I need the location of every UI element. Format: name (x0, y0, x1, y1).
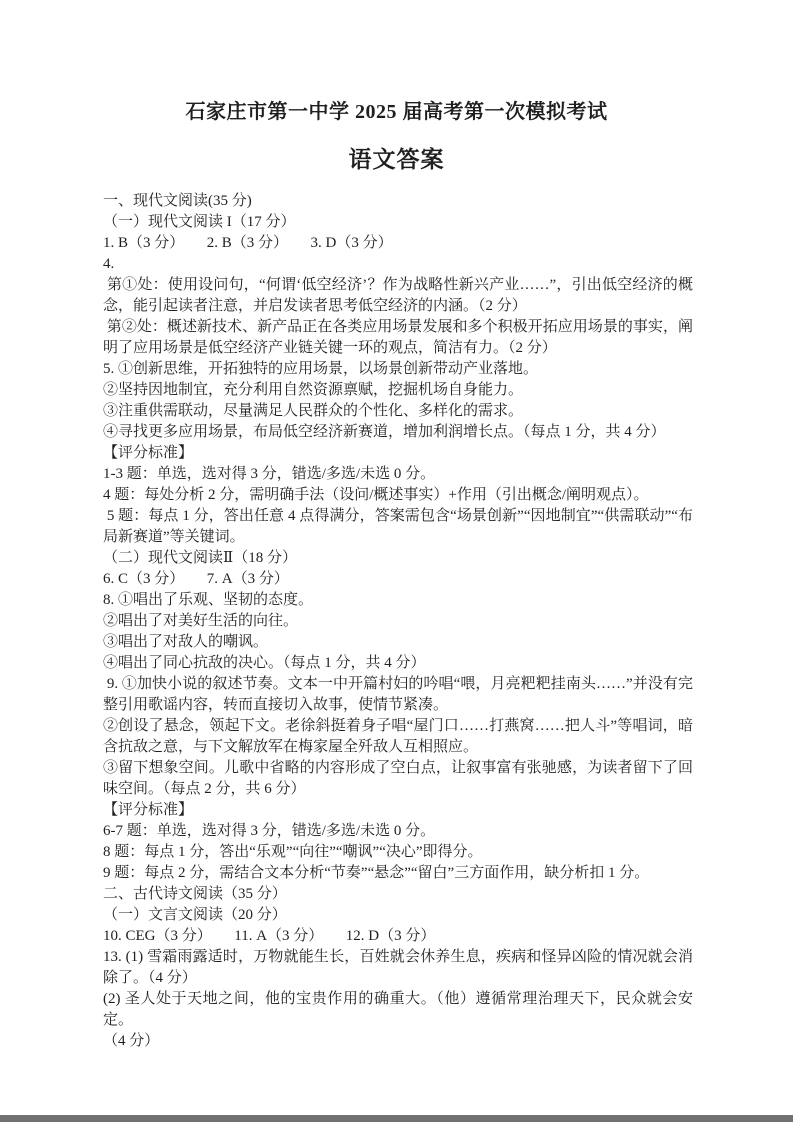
answers-q6-7: 6. C（3 分） 7. A（3 分） (103, 569, 693, 590)
scoring-q4: 4 题：每处分析 2 分，需明确手法（设问/概述事实）+作用（引出概念/阐明观点… (103, 485, 693, 506)
page-title: 石家庄市第一中学 2025 届高考第一次模拟考试 (0, 95, 793, 124)
part-2-1-heading: （一）文言文阅读（20 分） (103, 905, 693, 926)
q8-point-4: ④唱出了同心抗敌的决心。（每点 1 分，共 4 分） (103, 653, 693, 674)
page-bottom-edge (0, 1115, 793, 1122)
part-1-1-heading: （一）现代文阅读 I（17 分） (103, 212, 693, 233)
q9-point-3: ③留下想象空间。儿歌中省略的内容形成了空白点，让叙事富有张驰感，为读者留下了回味… (103, 758, 693, 800)
scoring-q6-7: 6-7 题：单选，选对得 3 分，错选/多选/未选 0 分。 (103, 821, 693, 842)
q4-point-1: 第①处：使用设问句，“何谓‘低空经济’？作为战略性新兴产业……”，引出低空经济的… (103, 275, 693, 317)
q13-translation-2-score: （4 分） (103, 1031, 693, 1052)
q5-point-2: ②坚持因地制宜，充分利用自然资源禀赋，挖掘机场自身能力。 (103, 380, 693, 401)
document-page: 石家庄市第一中学 2025 届高考第一次模拟考试 语文答案 一、现代文阅读(35… (0, 0, 793, 1122)
document-body: 一、现代文阅读(35 分) （一）现代文阅读 I（17 分） 1. B（3 分）… (103, 191, 693, 1052)
q5-point-1: 5. ①创新思维，开拓独特的应用场景，以场景创新带动产业落地。 (103, 359, 693, 380)
q5-point-4: ④寻找更多应用场景，布局低空经济新赛道，增加利润增长点。（每点 1 分，共 4 … (103, 422, 693, 443)
section-2-heading: 二、古代诗文阅读（35 分） (103, 884, 693, 905)
page-subtitle: 语文答案 (0, 141, 793, 174)
scoring-q5: 5 题：每点 1 分，答出任意 4 点得满分，答案需包含“场景创新”“因地制宜”… (103, 506, 693, 548)
part-1-2-heading: （二）现代文阅读Ⅱ（18 分） (103, 548, 693, 569)
q8-point-2: ②唱出了对美好生活的向往。 (103, 611, 693, 632)
q9-point-2: ②创设了悬念，领起下文。老徐斜挺着身子唱“屋门口……打燕窝……把人斗”等唱词，暗… (103, 716, 693, 758)
scoring-q9: 9 题：每点 2 分，需结合文本分析“节奏”“悬念”“留白”三方面作用，缺分析扣… (103, 863, 693, 884)
q5-point-3: ③注重供需联动，尽量满足人民群众的个性化、多样化的需求。 (103, 401, 693, 422)
answers-q1-3: 1. B（3 分） 2. B（3 分） 3. D（3 分） (103, 233, 693, 254)
scoring-q1-3: 1-3 题：单选，选对得 3 分，错选/多选/未选 0 分。 (103, 464, 693, 485)
q4-point-2: 第②处：概述新技术、新产品正在各类应用场景发展和多个积极开拓应用场景的事实，阐明… (103, 317, 693, 359)
scoring-criteria-heading-2: 【评分标准】 (103, 800, 693, 821)
q13-translation-2: (2) 圣人处于天地之间，他的宝贵作用的确重大。（他）遵循常理治理天下，民众就会… (103, 989, 693, 1031)
q13-translation-1: 13. (1) 雪霜雨露适时，万物就能生长，百姓就会休养生息，疾病和怪异凶险的情… (103, 947, 693, 989)
q9-point-1: 9. ①加快小说的叙述节奏。文本一中开篇村妇的吟唱“喂，月亮粑粑挂南头……”并没… (103, 674, 693, 716)
q8-point-1: 8. ①唱出了乐观、坚韧的态度。 (103, 590, 693, 611)
q4-label: 4. (103, 254, 693, 275)
scoring-criteria-heading-1: 【评分标准】 (103, 443, 693, 464)
scoring-q8: 8 题：每点 1 分，答出“乐观”“向往”“嘲讽”“决心”即得分。 (103, 842, 693, 863)
answers-q10-12: 10. CEG（3 分） 11. A（3 分） 12. D（3 分） (103, 926, 693, 947)
q8-point-3: ③唱出了对敌人的嘲讽。 (103, 632, 693, 653)
section-1-heading: 一、现代文阅读(35 分) (103, 191, 693, 212)
